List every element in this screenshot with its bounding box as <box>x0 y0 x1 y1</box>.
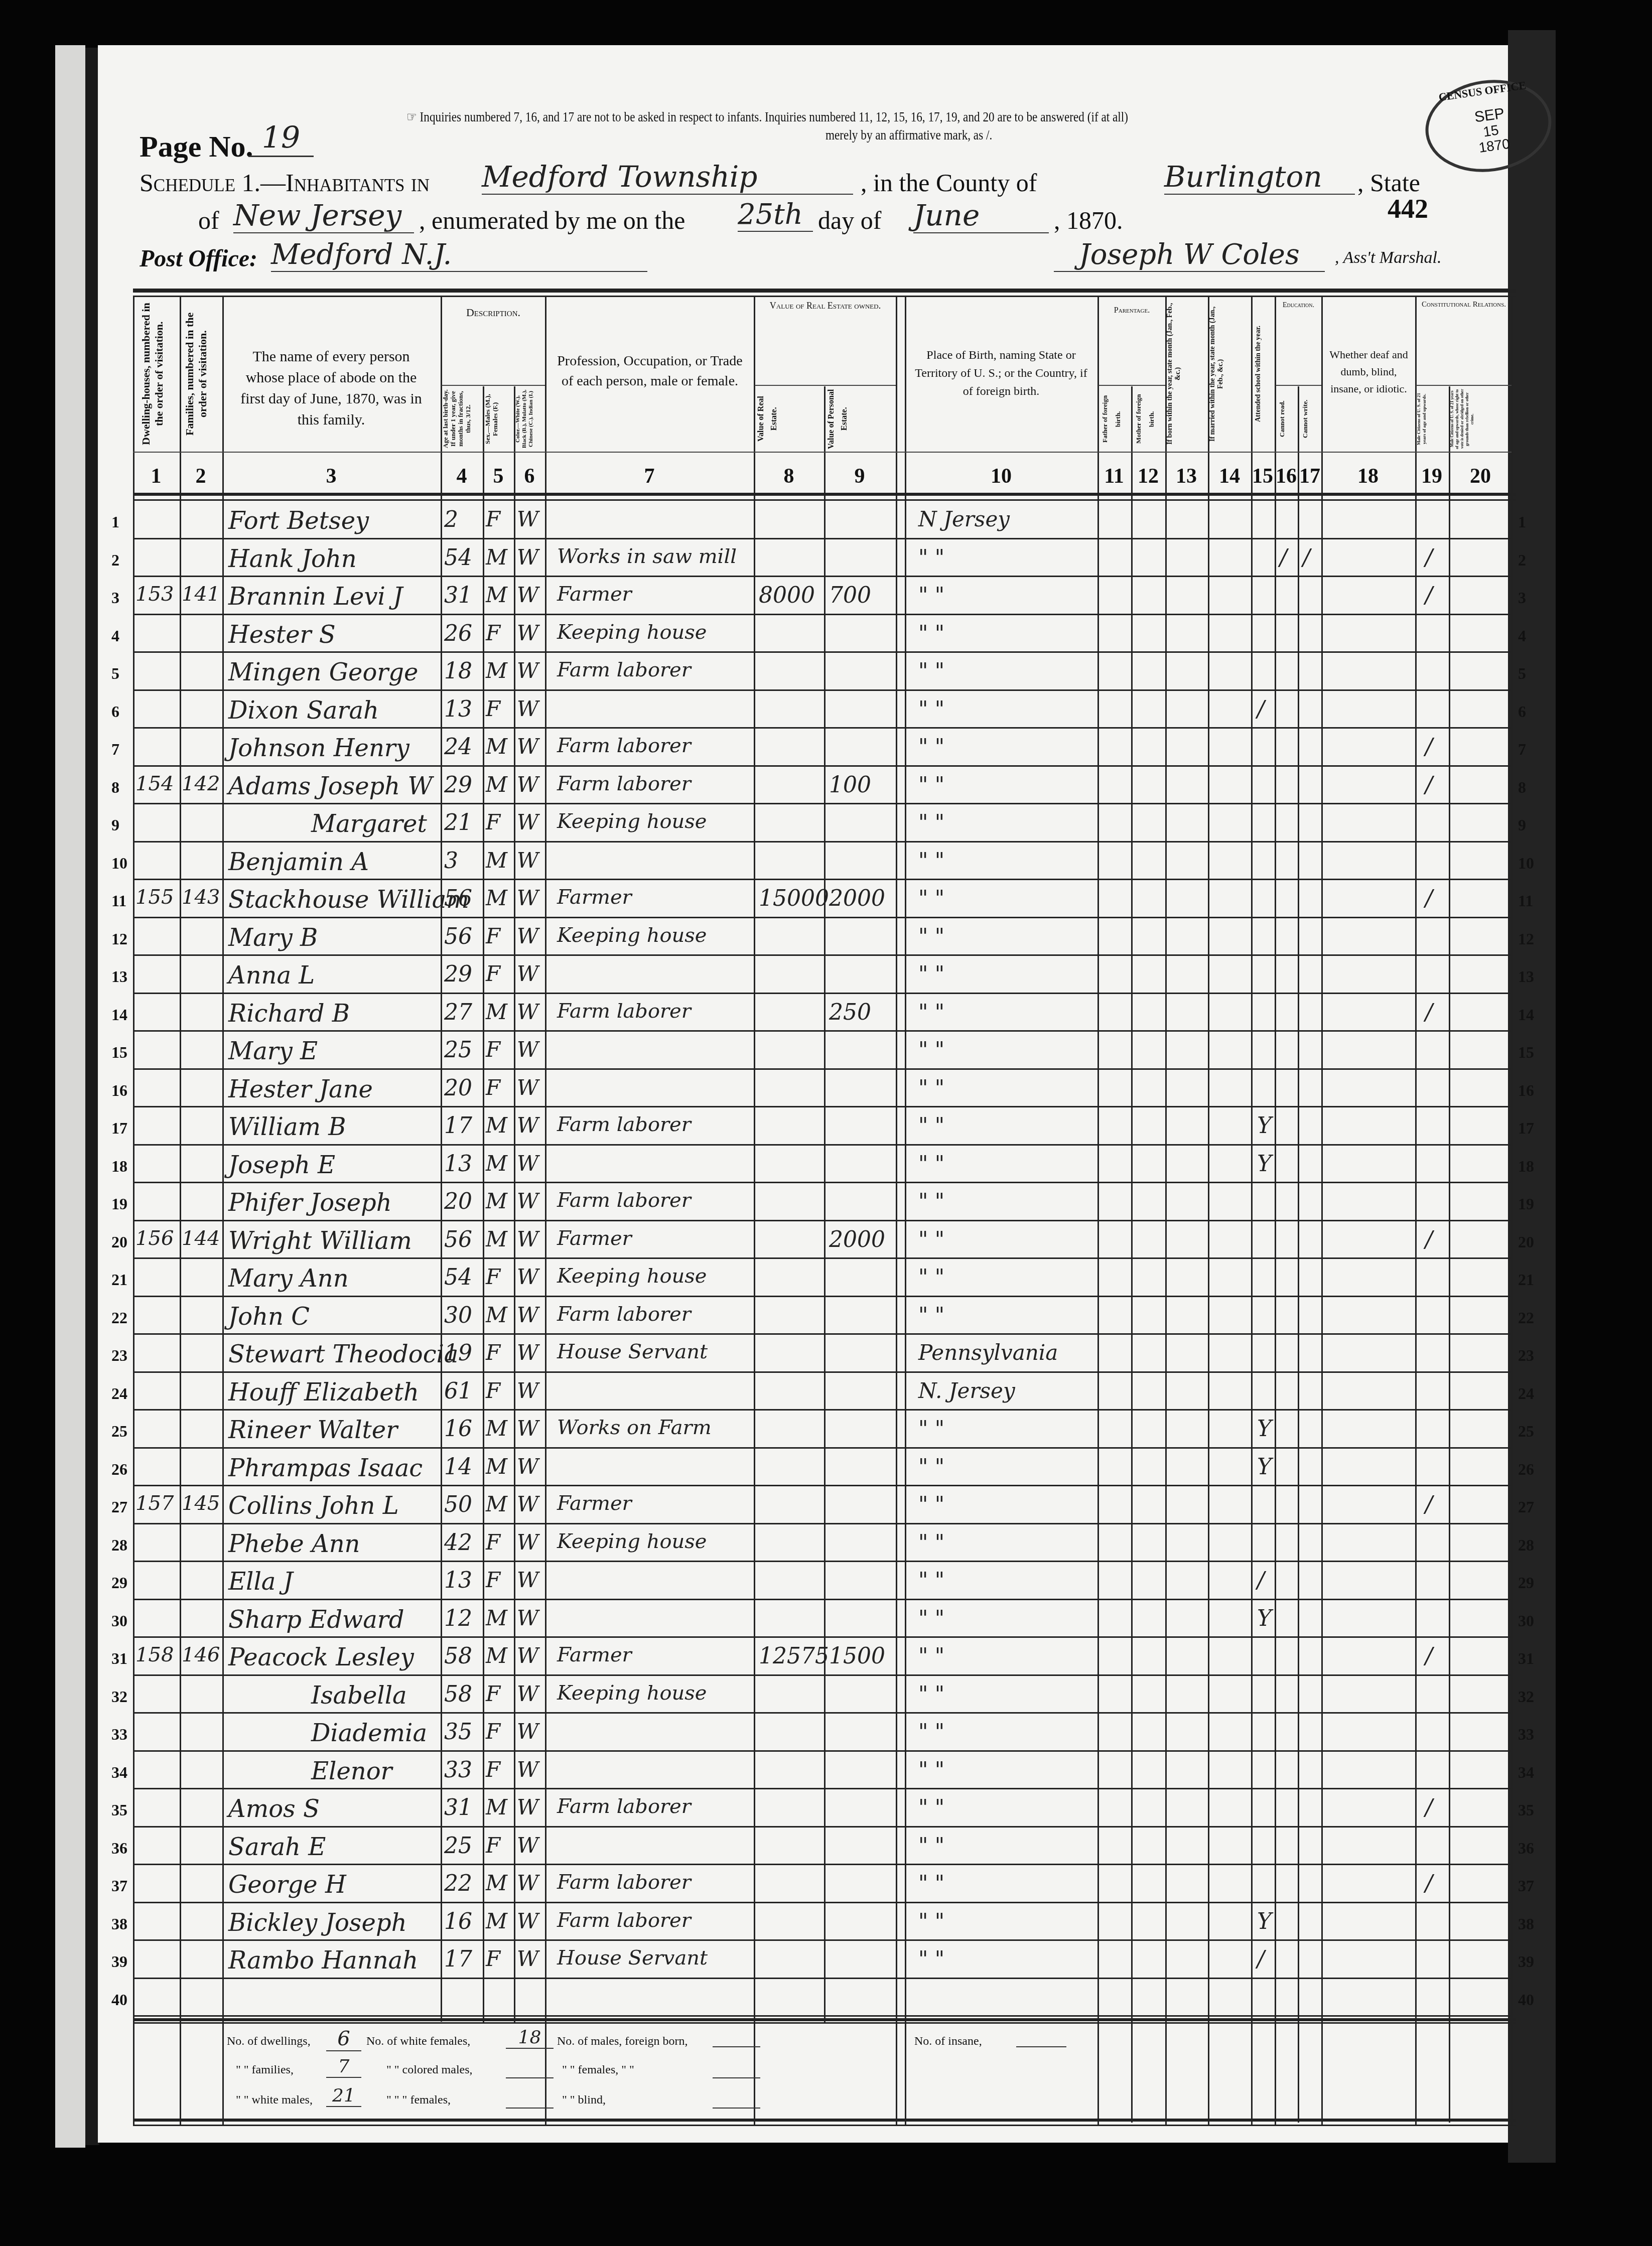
person-name: Phebe Ann <box>228 1530 360 1558</box>
occupation-value: Keeping house <box>557 1530 707 1553</box>
occupation-value: House Servant <box>557 1340 708 1363</box>
birthplace-value: " " <box>918 1303 944 1327</box>
birthplace-value: " " <box>918 848 944 873</box>
color-value: W <box>517 734 538 759</box>
sex-value: M <box>486 1643 507 1668</box>
col-rule <box>545 296 546 2125</box>
birthplace-value: " " <box>918 772 944 797</box>
col19-header: Male Citizens of U. S. of 21 years of ag… <box>1416 389 1449 449</box>
line-number-left: 38 <box>111 1915 127 1933</box>
row-rule <box>134 1144 1511 1146</box>
col16-header: Cannot read. <box>1276 389 1298 449</box>
column-number: 13 <box>1166 464 1206 488</box>
color-value: W <box>517 1530 538 1555</box>
row-rule <box>134 1106 1511 1107</box>
line-number-left: 11 <box>111 892 126 910</box>
person-name: George H <box>228 1871 346 1899</box>
sex-value: M <box>486 772 507 797</box>
attended-school-mark: Y <box>1257 1416 1272 1442</box>
enumerated-label: , enumerated by me on the <box>419 206 685 235</box>
birthplace-value: " " <box>918 1871 944 1895</box>
age-value: 20 <box>444 1189 472 1214</box>
age-value: 13 <box>444 1568 472 1593</box>
line-number-right: 34 <box>1518 1763 1534 1782</box>
col-rule <box>1298 386 1299 2123</box>
row-rule <box>134 954 1511 956</box>
table-top-rule <box>133 289 1516 293</box>
birthplace-value: " " <box>918 1113 944 1138</box>
col-rule <box>1251 296 1253 2125</box>
sex-value: F <box>486 924 500 948</box>
year-label: , 1870. <box>1054 206 1123 235</box>
line-number-right: 7 <box>1518 740 1526 759</box>
age-value: 56 <box>444 1227 472 1252</box>
color-value: W <box>517 1719 538 1744</box>
row-rule <box>134 1712 1511 1714</box>
line-number-right: 33 <box>1518 1725 1534 1744</box>
col-rule <box>483 386 484 2022</box>
county-label: , in the County of <box>861 168 1037 197</box>
color-value: W <box>517 1871 538 1895</box>
person-name: Stewart Theodocia <box>228 1340 458 1368</box>
sex-value: M <box>486 1909 507 1933</box>
line-number-left: 33 <box>111 1725 127 1744</box>
occupation-value: Keeping house <box>557 810 707 833</box>
sex-value: F <box>486 810 500 834</box>
sex-value: M <box>486 1454 507 1479</box>
col-rule <box>1131 386 1133 2123</box>
attended-school-mark: Y <box>1257 1113 1272 1139</box>
person-name: Hester S <box>228 621 336 649</box>
column-number: 12 <box>1128 464 1168 488</box>
age-value: 54 <box>444 1265 472 1290</box>
row-rule <box>134 1902 1511 1903</box>
line-number-left: 10 <box>111 854 127 873</box>
line-number-right: 40 <box>1518 1991 1534 2009</box>
sex-value: M <box>486 1227 507 1251</box>
row-rule <box>134 576 1511 577</box>
birthplace-value: " " <box>918 810 944 834</box>
person-name: Fort Betsey <box>228 507 369 535</box>
occupation-value: Farmer <box>557 1643 632 1666</box>
left-binding-shadow <box>85 48 99 2145</box>
color-value: W <box>517 772 538 797</box>
line-number-left: 40 <box>111 1991 127 2009</box>
age-value: 56 <box>444 924 472 949</box>
line-number-right: 36 <box>1518 1839 1534 1858</box>
sex-value: F <box>486 621 500 645</box>
color-value: W <box>517 658 538 683</box>
personal-estate-value: 700 <box>829 583 871 608</box>
person-name: Peacock Lesley <box>228 1643 414 1671</box>
line-number-left: 28 <box>111 1536 127 1555</box>
post-office-field: Medford N.J. <box>271 238 647 272</box>
color-value: W <box>517 1492 538 1516</box>
person-name: Wright William <box>228 1227 412 1255</box>
col17-header: Cannot write. <box>1299 389 1321 449</box>
male-citizen-mark: / <box>1425 1643 1433 1669</box>
male-citizen-mark: / <box>1425 886 1433 911</box>
age-value: 16 <box>444 1909 472 1934</box>
color-value: W <box>517 810 538 834</box>
column-number: 10 <box>981 464 1021 488</box>
line-number-left: 17 <box>111 1119 127 1138</box>
line-number-right: 16 <box>1518 1081 1534 1100</box>
line-number-left: 32 <box>111 1688 127 1706</box>
females-foreign-count <box>713 2077 760 2078</box>
township-field: Medford Township <box>482 160 853 195</box>
sex-value: M <box>486 658 507 683</box>
occupation-value: Farm laborer <box>557 1303 691 1326</box>
line-number-right: 19 <box>1518 1195 1534 1213</box>
row-rule <box>134 1068 1511 1070</box>
age-value: 16 <box>444 1416 472 1442</box>
male-citizen-mark: / <box>1425 1492 1433 1517</box>
age-value: 18 <box>444 658 472 684</box>
occupation-value: Farm laborer <box>557 1795 691 1818</box>
sex-value: F <box>486 1340 500 1365</box>
line-number-left: 8 <box>111 778 119 797</box>
occupation-value: Keeping house <box>557 1265 707 1288</box>
family-number: 141 <box>182 583 220 606</box>
row-rule <box>134 803 1511 804</box>
col-rule <box>896 296 897 2125</box>
color-value: W <box>517 1946 538 1971</box>
occupation-value: Farmer <box>557 886 632 909</box>
age-value: 61 <box>444 1378 472 1404</box>
insane-count <box>1016 2046 1066 2047</box>
real-estate-value: 12575 <box>759 1643 829 1669</box>
person-name: Isabella <box>311 1681 407 1710</box>
parentage-group-header: Parentage. <box>1098 306 1165 315</box>
sex-value: F <box>486 1265 500 1289</box>
col-rule <box>754 296 755 2125</box>
page-no-value: 19 <box>248 120 314 157</box>
row-rule <box>134 1750 1511 1752</box>
birthplace-value: " " <box>918 1643 944 1668</box>
column-number: 4 <box>442 464 482 488</box>
row-rule <box>134 1978 1511 1979</box>
sex-value: M <box>486 848 507 873</box>
row-rule <box>134 879 1511 880</box>
color-value: W <box>517 1833 538 1858</box>
line-number-left: 4 <box>111 627 119 645</box>
person-name: William B <box>228 1113 346 1141</box>
col-rule <box>1321 296 1323 2125</box>
sex-value: F <box>486 1568 500 1592</box>
sex-value: F <box>486 507 500 531</box>
color-value: W <box>517 961 538 986</box>
attended-school-mark: Y <box>1257 1454 1272 1480</box>
line-number-left: 6 <box>111 703 119 721</box>
age-value: 31 <box>444 583 472 608</box>
birthplace-value: N. Jersey <box>918 1378 1015 1403</box>
column-number: 18 <box>1348 464 1388 488</box>
person-name: Richard B <box>228 1000 350 1028</box>
instructions-line-1: ☞ Inquiries numbered 7, 16, and 17 are n… <box>406 109 1347 125</box>
personal-estate-value: 2000 <box>829 1227 885 1252</box>
line-number-right: 29 <box>1518 1574 1534 1592</box>
state-field: New Jersey <box>233 198 414 233</box>
birthplace-value: " " <box>918 1530 944 1555</box>
occupation-value: Works on Farm <box>557 1416 712 1439</box>
line-number-left: 5 <box>111 664 119 683</box>
birthplace-value: " " <box>918 621 944 645</box>
person-name: Mary B <box>228 924 318 952</box>
color-value: W <box>517 1303 538 1327</box>
sex-value: M <box>486 1871 507 1895</box>
col-rule <box>1165 296 1167 2125</box>
age-value: 20 <box>444 1075 472 1101</box>
color-value: W <box>517 1795 538 1819</box>
column-number: 7 <box>629 464 669 488</box>
line-number-left: 7 <box>111 740 119 759</box>
person-name: Elenor <box>311 1757 392 1785</box>
line-number-left: 36 <box>111 1839 127 1858</box>
personal-estate-value: 100 <box>829 772 871 798</box>
person-name: Benjamin A <box>228 848 369 876</box>
attended-school-mark: Y <box>1257 1909 1272 1934</box>
line-number-right: 35 <box>1518 1801 1534 1819</box>
line-number-left: 22 <box>111 1309 127 1327</box>
personal-estate-value: 2000 <box>829 886 885 911</box>
age-value: 12 <box>444 1606 472 1631</box>
person-name: John C <box>228 1303 310 1331</box>
sex-value: M <box>486 1113 507 1138</box>
birthplace-value: " " <box>918 1416 944 1441</box>
page-no-label: Page No. <box>140 129 253 164</box>
table-bottom-rule <box>133 2119 1516 2122</box>
line-number-left: 12 <box>111 930 127 948</box>
age-value: 22 <box>444 1871 472 1896</box>
line-number-right: 28 <box>1518 1536 1534 1555</box>
line-number-right: 5 <box>1518 664 1526 683</box>
instructions-line-2: merely by an affirmative mark, as /. <box>825 127 992 143</box>
col-rule <box>222 296 224 2125</box>
post-office-label: Post Office: <box>140 245 257 272</box>
sex-value: F <box>486 1833 500 1858</box>
sex-value: F <box>486 961 500 986</box>
row-rule <box>134 1599 1511 1600</box>
person-name: Amos S <box>228 1795 320 1823</box>
person-name: Hester Jane <box>228 1075 373 1103</box>
column-number: 19 <box>1412 464 1452 488</box>
column-number: 6 <box>509 464 549 488</box>
column-number: 20 <box>1460 464 1500 488</box>
col7-header: Profession, Occupation, or Trade of each… <box>557 351 743 391</box>
col6-header: Color.—White (W.), Black (B.), Mulatto (… <box>515 389 545 449</box>
row-rule <box>134 1371 1511 1373</box>
color-value: W <box>517 886 538 910</box>
col8-header: Value of Real Estate. <box>755 389 824 449</box>
row-rule <box>134 1788 1511 1789</box>
occupation-value: Farmer <box>557 1227 632 1250</box>
person-name: Sarah E <box>228 1833 326 1861</box>
line-number-right: 6 <box>1518 703 1526 721</box>
line-number-left: 26 <box>111 1460 127 1479</box>
families-count: 7 <box>326 2056 361 2078</box>
col-rule <box>1511 296 1513 2125</box>
occupation-value: Farm laborer <box>557 1189 691 1212</box>
col-rule <box>180 296 181 2125</box>
of-label: of <box>198 206 219 235</box>
line-number-right: 37 <box>1518 1877 1534 1895</box>
age-value: 54 <box>444 545 472 571</box>
line-number-left: 21 <box>111 1271 127 1289</box>
male-citizen-mark: / <box>1425 1795 1433 1820</box>
line-number-left: 3 <box>111 589 119 607</box>
line-number-left: 16 <box>111 1081 127 1100</box>
age-value: 21 <box>444 810 472 835</box>
col10-header: Place of Birth, naming State or Territor… <box>911 346 1091 400</box>
day-field: 25th <box>738 198 813 232</box>
birthplace-value: " " <box>918 1265 944 1289</box>
attended-school-mark: Y <box>1257 1151 1272 1177</box>
age-value: 42 <box>444 1530 472 1556</box>
line-number-right: 38 <box>1518 1915 1534 1933</box>
color-value: W <box>517 583 538 607</box>
age-value: 50 <box>444 1492 472 1517</box>
occupation-value: Farm laborer <box>557 1113 691 1136</box>
color-value: W <box>517 1681 538 1706</box>
color-value: W <box>517 1643 538 1668</box>
line-number-left: 2 <box>111 551 119 570</box>
occupation-value: Farmer <box>557 583 632 606</box>
age-value: 58 <box>444 1681 472 1707</box>
color-value: W <box>517 1378 538 1403</box>
dwelling-number: 153 <box>135 583 174 606</box>
birthplace-value: N Jersey <box>918 507 1010 531</box>
row-rule <box>134 1409 1511 1411</box>
real-estate-value: 8000 <box>759 583 815 608</box>
col-rule <box>1275 296 1276 2125</box>
color-value: W <box>517 1606 538 1630</box>
family-number: 144 <box>182 1227 220 1250</box>
birthplace-value: " " <box>918 1227 944 1251</box>
color-value: W <box>517 1265 538 1289</box>
row-rule <box>134 841 1511 843</box>
sex-value: M <box>486 545 507 570</box>
dwelling-number: 157 <box>135 1492 174 1515</box>
line-number-left: 18 <box>111 1157 127 1176</box>
education-group-header: Education. <box>1276 301 1321 310</box>
row-rule <box>134 1030 1511 1032</box>
sheet-number: 442 <box>1388 193 1428 224</box>
row-rule <box>134 1296 1511 1297</box>
row-rule <box>134 1447 1511 1449</box>
col-rule <box>1097 296 1099 2125</box>
line-number-left: 25 <box>111 1422 127 1441</box>
sex-value: M <box>486 1606 507 1630</box>
male-citizen-mark: / <box>1425 1000 1433 1025</box>
line-number-right: 8 <box>1518 778 1526 797</box>
sex-value: M <box>486 1795 507 1819</box>
birthplace-value: " " <box>918 1946 944 1971</box>
row-rule <box>134 1257 1511 1259</box>
line-number-right: 31 <box>1518 1649 1534 1668</box>
month-field: June <box>913 198 1049 233</box>
personal-estate-value: 250 <box>829 1000 871 1025</box>
row-rule <box>134 917 1511 918</box>
attended-school-mark: Y <box>1257 1606 1272 1631</box>
col13-header: If born within the year, state month (Ja… <box>1166 301 1208 447</box>
sex-value: F <box>486 1530 500 1555</box>
line-number-left: 35 <box>111 1801 127 1819</box>
birthplace-value: " " <box>918 1606 944 1630</box>
age-value: 13 <box>444 1151 472 1177</box>
line-number-right: 30 <box>1518 1612 1534 1630</box>
col20-header: Male Citizens of U. S. of 21 years of ag… <box>1450 389 1511 449</box>
line-number-right: 11 <box>1518 892 1533 910</box>
col-rule <box>133 296 134 2125</box>
line-number-left: 29 <box>111 1574 127 1592</box>
row-rule <box>134 727 1511 729</box>
col4-header: Age at last birth-day. If under 1 year, … <box>442 389 483 449</box>
birthplace-value: " " <box>918 1000 944 1024</box>
color-value: W <box>517 1568 538 1592</box>
age-value: 25 <box>444 1833 472 1859</box>
row-rule <box>134 1864 1511 1865</box>
age-value: 27 <box>444 1000 472 1025</box>
age-value: 30 <box>444 1303 472 1328</box>
birthplace-value: " " <box>918 1795 944 1819</box>
person-name: Stackhouse William <box>228 886 469 914</box>
line-number-left: 31 <box>111 1649 127 1668</box>
white-males-count: 21 <box>326 2085 361 2107</box>
color-value: W <box>517 1416 538 1441</box>
color-value: W <box>517 545 538 570</box>
day-of-label: day of <box>818 206 881 235</box>
marshal-label: , Ass't Marshal. <box>1335 248 1442 267</box>
col-rule <box>1415 296 1417 2125</box>
birthplace-value: " " <box>918 658 944 683</box>
birthplace-value: " " <box>918 1075 944 1100</box>
color-value: W <box>517 696 538 721</box>
age-value: 24 <box>444 734 472 760</box>
sex-value: M <box>486 1151 507 1176</box>
row-rule <box>134 1561 1511 1562</box>
age-value: 19 <box>444 1340 472 1366</box>
occupation-value: Keeping house <box>557 1681 707 1705</box>
person-name: Houff Elizabeth <box>228 1378 419 1407</box>
line-number-right: 18 <box>1518 1157 1534 1176</box>
person-name: Phrampas Isaac <box>228 1454 423 1482</box>
sex-value: M <box>486 886 507 910</box>
occupation-value: Keeping house <box>557 621 707 644</box>
sex-value: F <box>486 1075 500 1100</box>
male-citizen-mark: / <box>1425 1871 1433 1896</box>
occupation-value: Works in saw mill <box>557 545 737 568</box>
line-number-left: 39 <box>111 1952 127 1971</box>
person-name: Johnson Henry <box>228 734 409 762</box>
col15-header: Attended school within the year. <box>1252 301 1275 447</box>
line-number-left: 27 <box>111 1498 127 1516</box>
dwelling-number: 155 <box>135 886 174 909</box>
birthplace-value: " " <box>918 583 944 607</box>
family-number: 145 <box>182 1492 220 1515</box>
col-rule <box>1449 386 1450 2123</box>
row-rule <box>134 651 1511 653</box>
description-group-header: Description. <box>442 306 545 319</box>
birthplace-value: " " <box>918 886 944 910</box>
col1-header: Dwelling-houses, numbered in the order o… <box>140 301 175 447</box>
person-name: Bickley Joseph <box>228 1909 407 1937</box>
white-females-count: 18 <box>506 2027 554 2049</box>
color-value: W <box>517 507 538 531</box>
row-rule <box>134 689 1511 691</box>
county-field: Burlington <box>1164 160 1355 195</box>
line-number-right: 3 <box>1518 589 1526 607</box>
